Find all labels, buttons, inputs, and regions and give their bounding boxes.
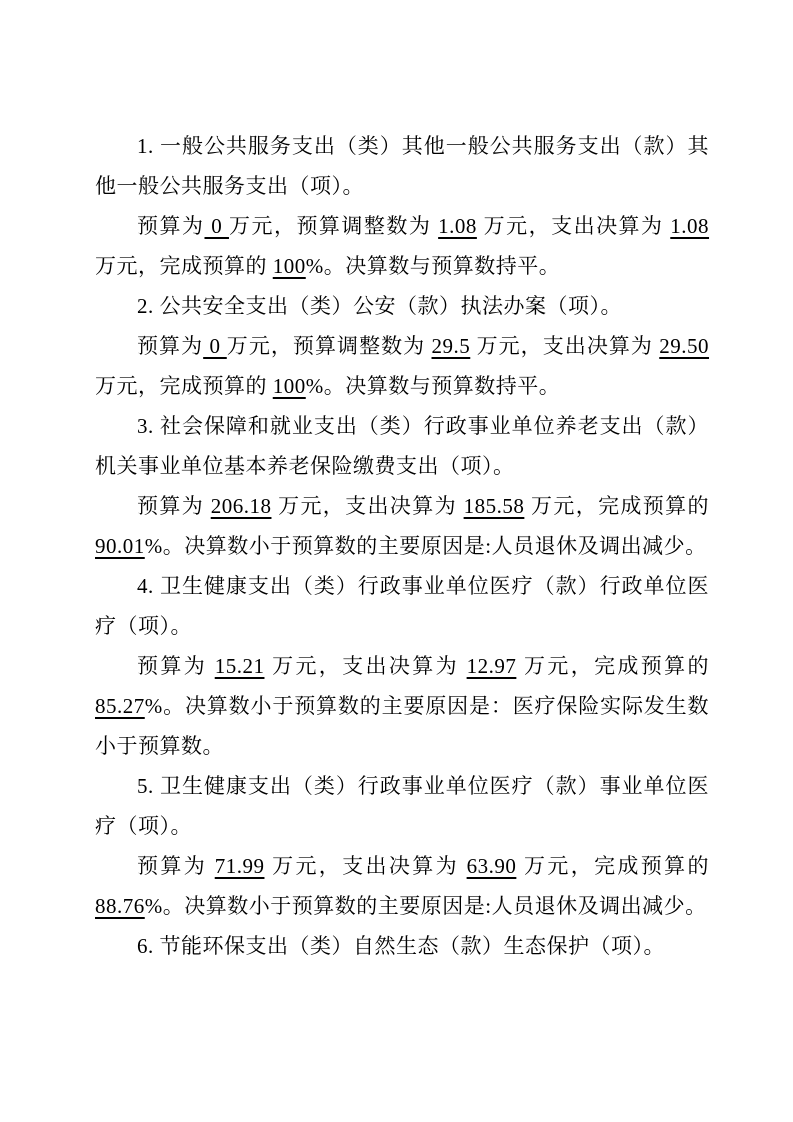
document-page: 1. 一般公共服务支出（类）其他一般公共服务支出（款）其他一般公共服务支出（项）…	[0, 0, 793, 1122]
text-segment: 预算为	[137, 214, 204, 238]
underlined-value: 0	[203, 334, 227, 358]
paragraph: 预算为 71.99 万元，支出决算为 63.90 万元，完成预算的 88.76%…	[95, 846, 709, 926]
text-segment: %。决算数与预算数持平。	[306, 254, 561, 278]
text-segment: %。决算数小于预算数的主要原因是:人员退休及调出减少。	[145, 534, 707, 558]
paragraph: 4. 卫生健康支出（类）行政事业单位医疗（款）行政单位医疗（项）。	[95, 566, 709, 646]
underlined-value: 12.97	[467, 654, 517, 678]
text-segment: 1. 一般公共服务支出（类）其他一般公共服务支出（款）其他一般公共服务支出（项）…	[95, 134, 709, 198]
text-segment: 万元，支出决算为	[264, 854, 466, 878]
underlined-value: 206.18	[211, 494, 272, 518]
underlined-value: 1.08	[670, 214, 709, 238]
text-segment: 万元，完成预算的	[95, 374, 273, 398]
text-segment: 预算为	[137, 334, 203, 358]
text-segment: 预算为	[137, 854, 215, 878]
underlined-value: 100	[273, 254, 306, 278]
underlined-value: 1.08	[438, 214, 477, 238]
paragraph: 预算为 206.18 万元，支出决算为 185.58 万元，完成预算的 90.0…	[95, 486, 709, 566]
text-segment: 万元，支出决算为	[271, 494, 463, 518]
text-segment: 万元，完成预算的	[524, 494, 709, 518]
text-segment: 万元，完成预算的	[516, 854, 709, 878]
text-segment: 万元，完成预算的	[516, 654, 709, 678]
underlined-value: 29.50	[659, 334, 709, 358]
underlined-value: 29.5	[432, 334, 471, 358]
underlined-value: 100	[273, 374, 306, 398]
paragraph: 预算为 0 万元，预算调整数为 1.08 万元，支出决算为 1.08 万元，完成…	[95, 206, 709, 286]
text-segment: 万元，预算调整数为	[229, 214, 438, 238]
document-content: 1. 一般公共服务支出（类）其他一般公共服务支出（款）其他一般公共服务支出（项）…	[95, 126, 709, 966]
text-segment: 万元，支出决算为	[264, 654, 466, 678]
paragraph: 3. 社会保障和就业支出（类）行政事业单位养老支出（款）机关事业单位基本养老保险…	[95, 406, 709, 486]
text-segment: 预算为	[137, 654, 215, 678]
text-segment: %。决算数小于预算数的主要原因是：医疗保险实际发生数小于预算数。	[95, 694, 709, 758]
underlined-value: 71.99	[215, 854, 265, 878]
text-segment: %。决算数与预算数持平。	[306, 374, 561, 398]
paragraph: 6. 节能环保支出（类）自然生态（款）生态保护（项）。	[95, 926, 709, 966]
paragraph: 5. 卫生健康支出（类）行政事业单位医疗（款）事业单位医疗（项）。	[95, 766, 709, 846]
text-segment: 6. 节能环保支出（类）自然生态（款）生态保护（项）。	[137, 934, 665, 958]
paragraph: 2. 公共安全支出（类）公安（款）执法办案（项）。	[95, 286, 709, 326]
underlined-value: 85.27	[95, 694, 145, 718]
text-segment: 万元，预算调整数为	[227, 334, 432, 358]
text-segment: 2. 公共安全支出（类）公安（款）执法办案（项）。	[137, 294, 622, 318]
text-segment: 万元，支出决算为	[477, 214, 670, 238]
paragraph: 预算为 0 万元，预算调整数为 29.5 万元，支出决算为 29.50 万元，完…	[95, 326, 709, 406]
text-segment: 万元，完成预算的	[95, 254, 273, 278]
text-segment: %。决算数小于预算数的主要原因是:人员退休及调出减少。	[145, 894, 707, 918]
text-segment: 万元，支出决算为	[470, 334, 659, 358]
text-segment: 4. 卫生健康支出（类）行政事业单位医疗（款）行政单位医疗（项）。	[95, 574, 709, 638]
underlined-value: 63.90	[467, 854, 517, 878]
text-segment: 5. 卫生健康支出（类）行政事业单位医疗（款）事业单位医疗（项）。	[95, 774, 709, 838]
underlined-value: 15.21	[215, 654, 265, 678]
text-segment: 预算为	[137, 494, 211, 518]
underlined-value: 90.01	[95, 534, 145, 558]
paragraph: 1. 一般公共服务支出（类）其他一般公共服务支出（款）其他一般公共服务支出（项）…	[95, 126, 709, 206]
paragraph: 预算为 15.21 万元，支出决算为 12.97 万元，完成预算的 85.27%…	[95, 646, 709, 766]
text-segment: 3. 社会保障和就业支出（类）行政事业单位养老支出（款）机关事业单位基本养老保险…	[95, 414, 709, 478]
underlined-value: 185.58	[464, 494, 525, 518]
underlined-value: 0	[204, 214, 228, 238]
underlined-value: 88.76	[95, 894, 145, 918]
